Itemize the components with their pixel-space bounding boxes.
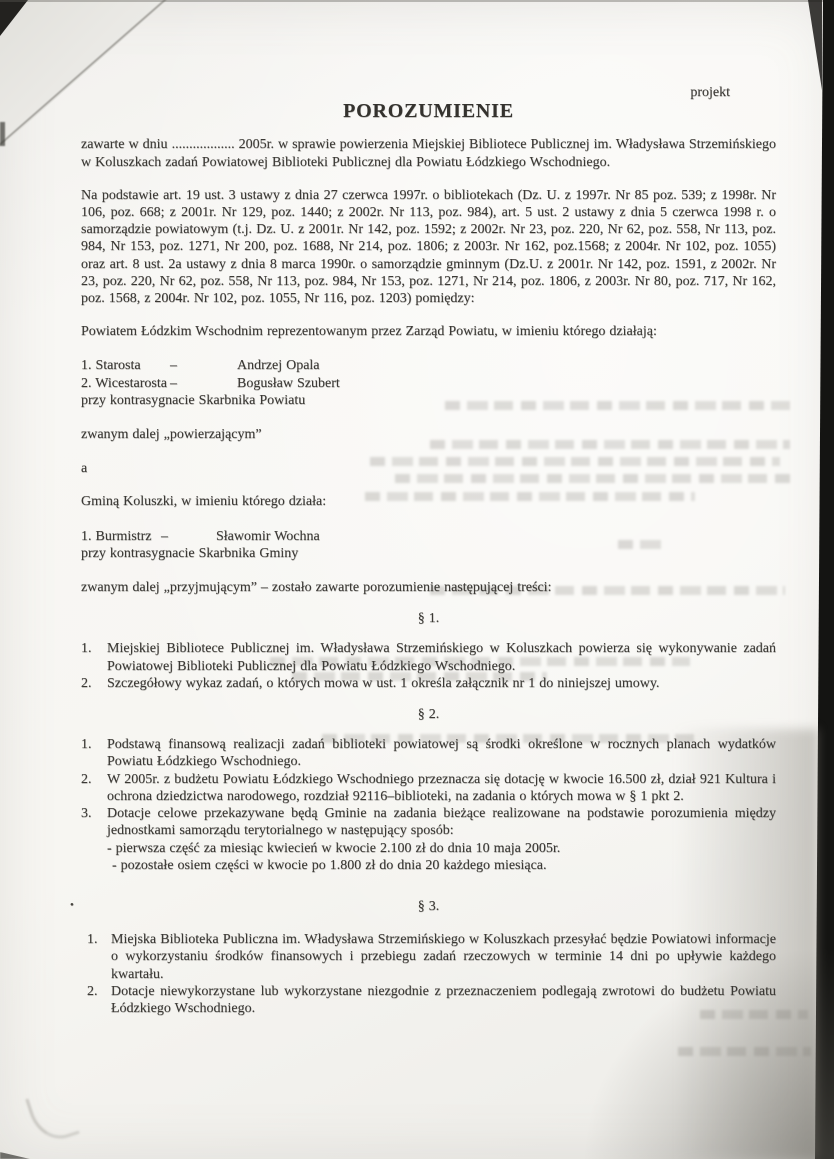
list-item: 2. W 2005r. z budżetu Powiatu Łódzkiego … <box>81 771 776 805</box>
list-item: 1. Miejska Biblioteka Publiczna im. Wład… <box>81 931 776 983</box>
official-role: 1. Burmistrz <box>81 528 161 545</box>
item-text: Miejska Biblioteka Publiczna im. Władysł… <box>111 931 776 983</box>
official-role: 2. Wicestarosta <box>81 375 170 392</box>
item-text: W 2005r. z budżetu Powiatu Łódzkiego Wsc… <box>107 771 776 805</box>
conjunction: a <box>81 460 776 477</box>
section-1: 1. Miejskiej Bibliotece Publicznej im. W… <box>81 640 776 692</box>
dash-separator: – <box>170 375 237 392</box>
official-name: Sławomir Wochna <box>216 528 320 545</box>
sub-item: - pierwsza część za miesiąc kwiecień w k… <box>107 840 776 857</box>
item-number: 2. <box>81 675 107 692</box>
document-body: projekt POROZUMIENIE zawarte w dniu ....… <box>0 0 834 1017</box>
sub-item: - pozostałe osiem części w kwocie po 1.8… <box>112 857 776 874</box>
dash-separator: – <box>170 357 237 374</box>
list-item: 2. Szczegółowy wykaz zadań, o których mo… <box>81 675 776 692</box>
party2-alias: zwanym dalej „przyjmującym” – zostało za… <box>81 579 776 596</box>
item-number: 1. <box>81 736 107 770</box>
item-number: 1. <box>81 640 107 674</box>
section-heading: § 3. <box>81 898 776 915</box>
item-text: Dotacje niewykorzystane lub wykorzystane… <box>111 983 776 1017</box>
party1-countersign: przy kontrasygnacie Skarbnika Powiatu <box>81 392 776 409</box>
official-name: Andrzej Opala <box>237 357 320 374</box>
section-3: 1. Miejska Biblioteka Publiczna im. Wład… <box>81 931 776 1017</box>
section-heading: § 1. <box>81 610 776 627</box>
document-title: POROZUMIENIE <box>81 103 776 120</box>
list-item: 1. Podstawą finansową realizacji zadań b… <box>81 736 776 770</box>
section-2: 1. Podstawą finansową realizacji zadań b… <box>81 736 776 874</box>
party2-countersign: przy kontrasygnacie Skarbnika Gminy <box>81 545 776 562</box>
legal-basis-paragraph: Na podstawie art. 19 ust. 3 ustawy z dni… <box>81 187 776 307</box>
list-item: 2. Dotacje niewykorzystane lub wykorzyst… <box>81 983 776 1017</box>
official-row: 2. Wicestarosta – Bogusław Szubert <box>81 375 776 392</box>
intro-paragraph: zawarte w dniu .................. 2005r.… <box>81 136 776 170</box>
pencil-mark <box>25 1087 79 1146</box>
list-item: 1. Miejskiej Bibliotece Publicznej im. W… <box>81 640 776 674</box>
dash-separator: – <box>161 528 216 545</box>
party1-intro: Powiatem Łódzkim Wschodnim reprezentowan… <box>81 323 776 340</box>
party1-alias: zwanym dalej „powierzającym” <box>81 426 776 443</box>
scan-corner-shadow-bottom-left <box>0 1152 30 1159</box>
party1-officials: 1. Starosta – Andrzej Opala 2. Wicestaro… <box>81 357 776 409</box>
item-number: 3. <box>81 805 107 839</box>
item-text: Dotacje celowe przekazywane będą Gminie … <box>107 805 776 839</box>
item-number: 1. <box>81 931 111 983</box>
item-text: Miejskiej Bibliotece Publicznej im. Wład… <box>107 640 776 674</box>
official-role: 1. Starosta <box>81 357 170 374</box>
draft-label: projekt <box>81 84 776 101</box>
party2-officials: 1. Burmistrz – Sławomir Wochna przy kont… <box>81 528 776 562</box>
section-heading: § 2. <box>81 706 776 723</box>
item-text: Szczegółowy wykaz zadań, o których mowa … <box>107 675 776 692</box>
official-name: Bogusław Szubert <box>237 375 340 392</box>
scanned-agreement-page: • projekt POROZUMIENIE zawarte w dniu ..… <box>0 0 834 1159</box>
item-number: 2. <box>81 771 107 805</box>
list-item: 3. Dotacje celowe przekazywane będą Gmin… <box>81 805 776 839</box>
official-row: 1. Starosta – Andrzej Opala <box>81 357 776 374</box>
party2-intro: Gminą Koluszki, w imieniu którego działa… <box>81 493 776 510</box>
bleed-through-line <box>678 1047 811 1056</box>
official-row: 1. Burmistrz – Sławomir Wochna <box>81 528 776 545</box>
item-number: 2. <box>81 983 111 1017</box>
item-text: Podstawą finansową realizacji zadań bibl… <box>107 736 776 770</box>
